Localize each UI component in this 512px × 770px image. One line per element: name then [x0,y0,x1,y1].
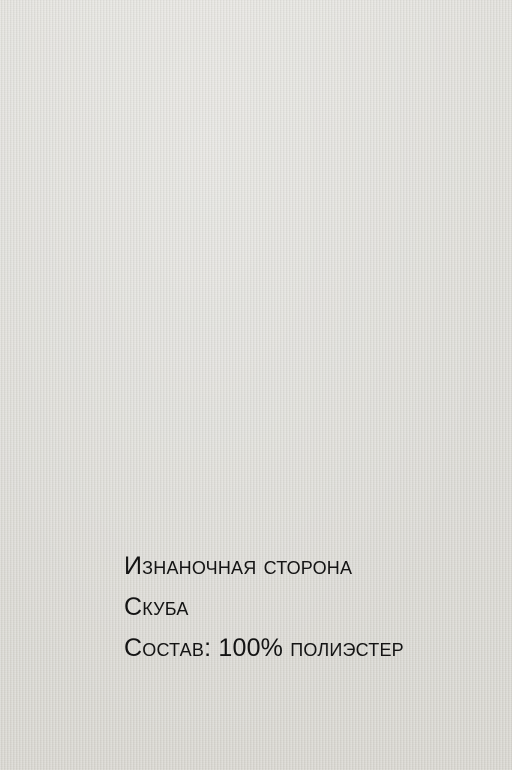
caption-block: Изнаночная сторона Скуба Состав: 100% по… [124,546,404,669]
fabric-side-label: Изнаночная сторона [124,546,404,587]
fabric-composition-label: Состав: 100% полиэстер [124,628,404,669]
fabric-name-label: Скуба [124,587,404,628]
